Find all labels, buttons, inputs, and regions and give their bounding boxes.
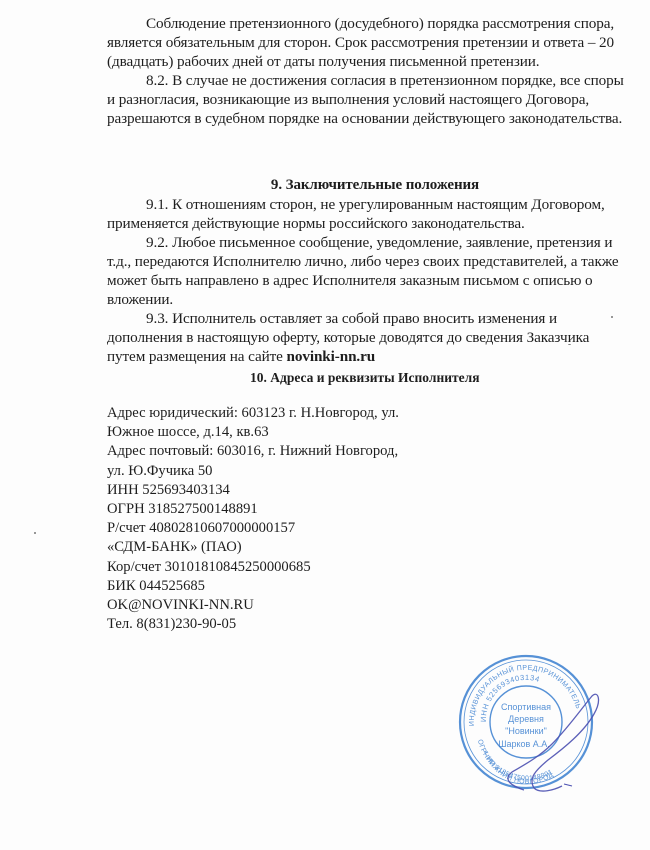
section-9-body: 9.1. К отношениям сторон, не урегулирова… xyxy=(107,195,627,366)
legal-address-line-1: Адрес юридический: 603123 г. Н.Новгород,… xyxy=(107,404,447,423)
phone: Тел. 8(831)230-90-05 xyxy=(107,615,447,634)
scan-speck xyxy=(568,344,571,345)
requisites-list: Адрес юридический: 603123 г. Н.Новгород,… xyxy=(107,404,447,634)
svg-text:Деревня: Деревня xyxy=(508,714,544,724)
company-stamp: ИНДИВИДУАЛЬНЫЙ ПРЕДПРИНИМАТЕЛЬ ИНН 52569… xyxy=(452,648,602,798)
paragraph-9-2: 9.2. Любое письменное сообщение, уведомл… xyxy=(107,233,627,309)
svg-text:"Новинки": "Новинки" xyxy=(505,726,547,736)
scan-speck xyxy=(611,316,613,318)
email: OK@NOVINKI-NN.RU xyxy=(107,596,447,615)
paragraph-9-1: 9.1. К отношениям сторон, не урегулирова… xyxy=(107,195,627,233)
svg-text:Спортивная: Спортивная xyxy=(501,702,551,712)
postal-address-line-2: ул. Ю.Фучика 50 xyxy=(107,462,447,481)
svg-text:Шарков А.А.: Шарков А.А. xyxy=(498,739,550,749)
paragraph-9-3: 9.3. Исполнитель оставляет за собой прав… xyxy=(107,309,627,366)
section-10-heading: 10. Адреса и реквизиты Исполнителя xyxy=(250,369,480,387)
claim-procedure-paragraph: Соблюдение претензионного (досудебного) … xyxy=(107,14,627,71)
paragraph-8-2: 8.2. В случае не достижения согласия в п… xyxy=(107,71,627,128)
stamp-seal-icon: ИНДИВИДУАЛЬНЫЙ ПРЕДПРИНИМАТЕЛЬ ИНН 52569… xyxy=(452,648,602,798)
legal-address-line-2: Южное шоссе, д.14, кв.63 xyxy=(107,423,447,442)
signature-tail xyxy=(564,784,572,786)
section-8-continuation: Соблюдение претензионного (досудебного) … xyxy=(107,14,627,128)
bank-name: «СДМ-БАНК» (ПАО) xyxy=(107,538,447,557)
document-page: Соблюдение претензионного (досудебного) … xyxy=(0,0,650,850)
ogrn: ОГРН 318527500148891 xyxy=(107,500,447,519)
postal-address-line-1: Адрес почтовый: 603016, г. Нижний Новгор… xyxy=(107,442,447,461)
section-9-heading: 9. Заключительные положения xyxy=(0,176,650,195)
inn: ИНН 525693403134 xyxy=(107,481,447,500)
website-link: novinki-nn.ru xyxy=(287,348,376,365)
scan-speck xyxy=(34,532,36,534)
correspondent-account: Кор/счет 30101810845250000685 xyxy=(107,558,447,577)
bik: БИК 044525685 xyxy=(107,577,447,596)
settlement-account: Р/счет 40802810607000000157 xyxy=(107,519,447,538)
